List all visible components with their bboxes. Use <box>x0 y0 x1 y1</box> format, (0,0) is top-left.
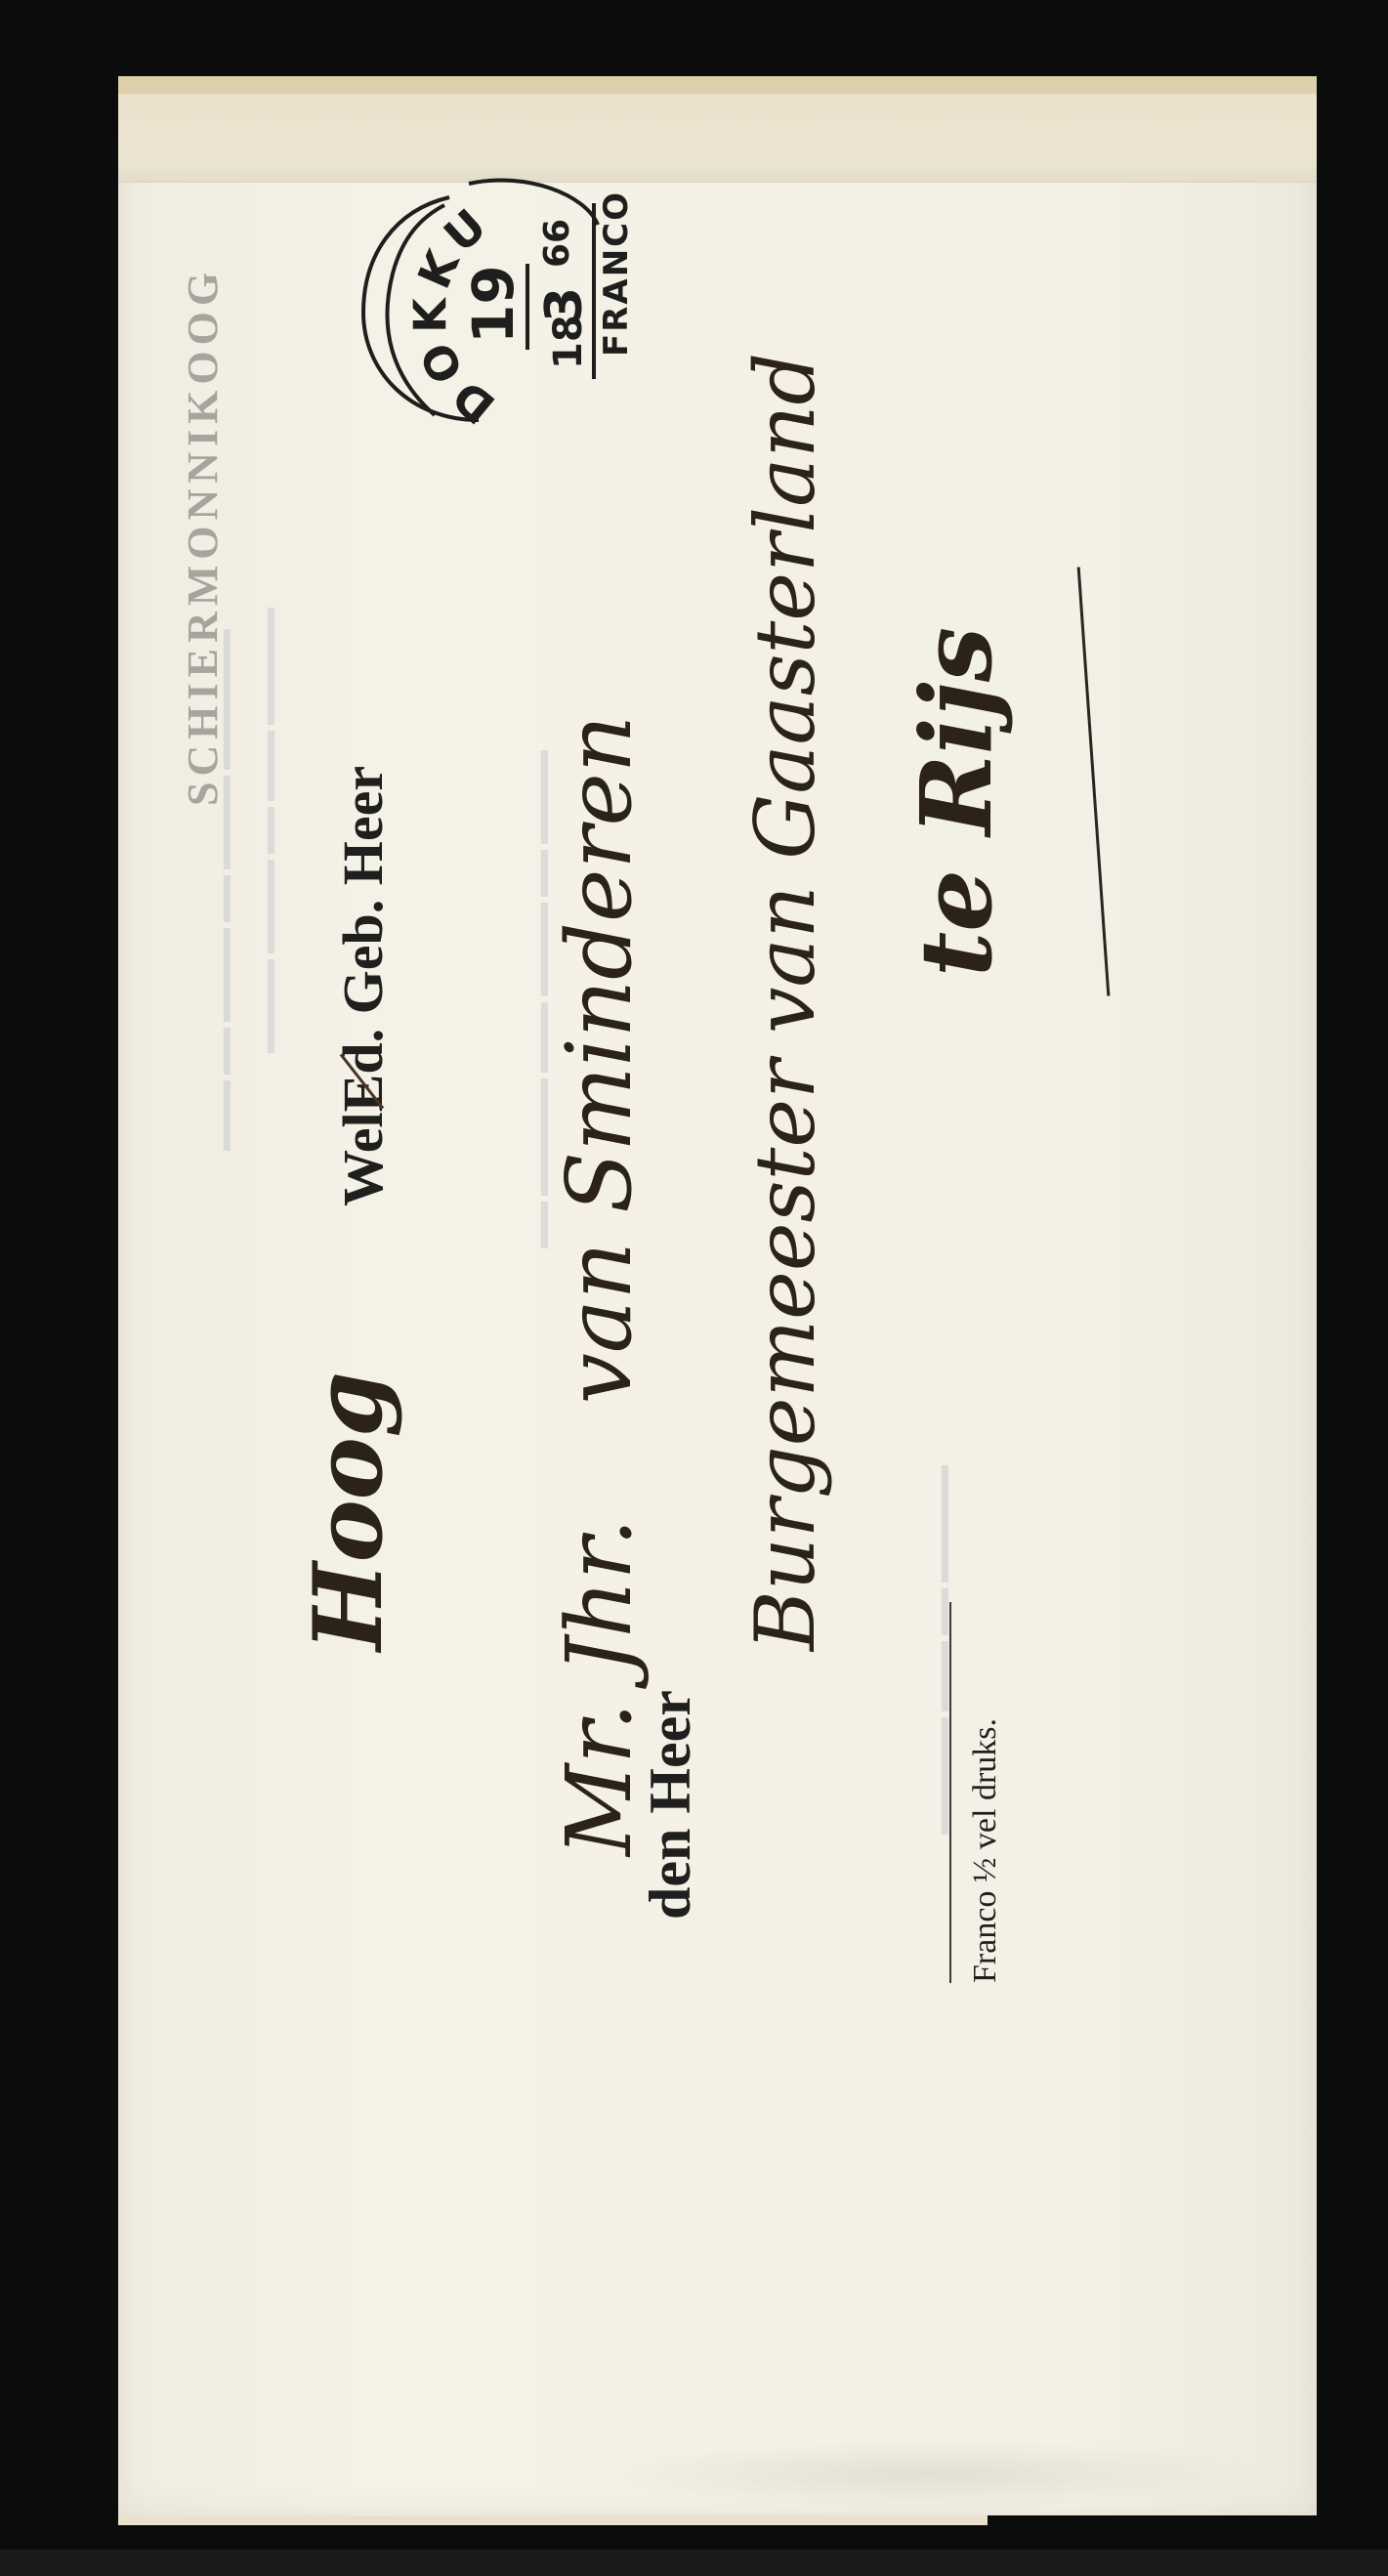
backdrop-bottom-strip <box>0 2550 1388 2576</box>
sender-stamp: SCHIERMONNIKOOG <box>178 267 228 806</box>
bottom-fold-tab <box>118 2515 988 2525</box>
torn-edge <box>118 76 1317 94</box>
postmark-franco: FRANCO <box>597 190 635 357</box>
folded-top-band <box>118 76 1317 183</box>
footer-rule <box>949 1602 951 1983</box>
handwritten-destination: te Rijs <box>899 627 1014 977</box>
printed-postage-note: Franco ½ vel druks. <box>967 1718 1004 1983</box>
postmark-dokkum: DOKKUM 19 18 3 66 FRANCO <box>342 166 635 459</box>
stain <box>587 2440 1271 2509</box>
postmark-month: 3 <box>535 287 594 322</box>
printed-title: WelEd. Geb. Heer <box>330 766 396 1206</box>
showthrough-text-2: ▬▬▬▬ ▬▬▬▬ ▬▬ ▬▬▬ ▬▬▬▬▬ <box>255 608 281 1053</box>
handwritten-hoog: Hoog <box>293 1372 403 1651</box>
handwritten-addressee-office: Burgemeester van Gaasterland <box>737 353 833 1651</box>
letter-sheet: ▬▬▬ ▬▬ ▬▬▬▬ ▬▬ ▬▬▬▬ ▬▬▬▬▬▬ ▬▬▬▬ ▬▬▬▬ ▬▬ … <box>118 76 1317 2515</box>
title-wel: Wel <box>331 1112 395 1206</box>
handwritten-addressee-name: Mr. Jhr. van Sminderen <box>547 715 652 1856</box>
title-ed-struck: Ed. <box>331 1029 395 1112</box>
title-rest: Geb. Heer <box>331 766 395 1014</box>
postmark-year-suffix: 66 <box>537 219 577 268</box>
postmark-day: 19 <box>460 265 526 344</box>
